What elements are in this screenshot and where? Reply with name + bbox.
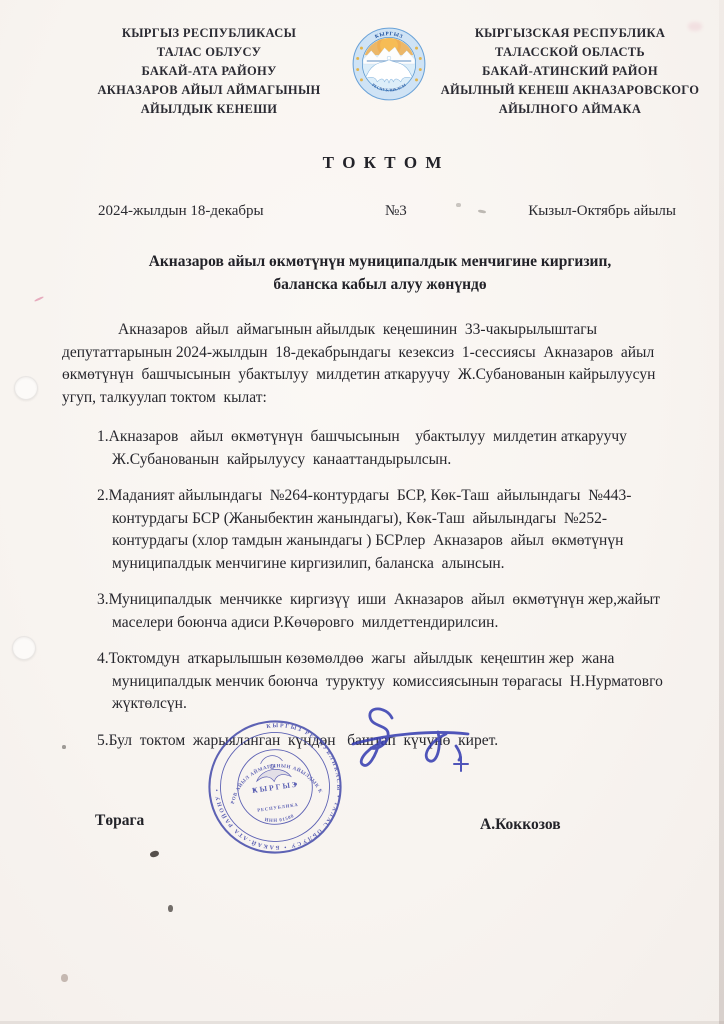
item-number: 2. bbox=[97, 487, 109, 504]
official-round-stamp: КЫРГЫЗ РЕСПУБЛИКАСЫ • ТАЛАС ОБЛУСУ • БАК… bbox=[206, 718, 344, 856]
letterhead: КЫРГЫЗ РЕСПУБЛИКАСЫ ТАЛАС ОБЛУСУ БАКАЙ-А… bbox=[0, 0, 724, 119]
signatory-role: Төрага bbox=[95, 812, 144, 830]
item-text: Маданият айылындагы №264-контурдагы БСР,… bbox=[109, 487, 632, 572]
letterhead-line: АКНАЗАРОВ АЙЫЛ АЙМАГЫНЫН bbox=[82, 81, 336, 100]
subject-line: Акназаров айыл өкмөтүнүн муниципалдык ме… bbox=[36, 250, 724, 273]
subject-line: баланска кабыл алуу жөнүндө bbox=[36, 273, 724, 296]
scan-speck bbox=[61, 974, 68, 982]
punch-hole bbox=[14, 376, 38, 400]
scan-speck bbox=[34, 296, 44, 302]
decree-item-1: 1.Акназаров айыл өкмөтүнүн башчысынын уб… bbox=[97, 426, 670, 471]
punch-hole bbox=[12, 636, 36, 660]
letterhead-line: АЙЫЛНОГО АЙМАКА bbox=[436, 100, 704, 119]
letterhead-line: КЫРГЫЗСКАЯ РЕСПУБЛИКА bbox=[436, 24, 704, 43]
stamp-center-text-2: РЕСПУБЛИКА bbox=[257, 803, 299, 814]
document-date: 2024-жылдын 18-декабры bbox=[98, 203, 264, 220]
letterhead-line: БАКАЙ-АТИНСКИЙ РАЙОН bbox=[436, 62, 704, 81]
subject-heading: Акназаров айыл өкмөтүнүн муниципалдык ме… bbox=[0, 250, 724, 296]
letterhead-line: БАКАЙ-АТА РАЙОНУ bbox=[82, 62, 336, 81]
scan-speck bbox=[62, 745, 66, 749]
signatory-name: А.Коккозов bbox=[480, 816, 561, 834]
kyrgyz-republic-emblem-icon: КЫРГЫЗ РЕСПУБЛИКАСЫ bbox=[352, 27, 426, 101]
scan-speck bbox=[688, 22, 702, 31]
intro-paragraph: Акназаров айыл аймагынын айылдык кеңешин… bbox=[62, 319, 660, 409]
letterhead-line: АЙЫЛНЫЙ КЕНЕШ АКНАЗАРОВСКОГО bbox=[436, 81, 704, 100]
stamp-center-text-1: КЫРГЫЗ bbox=[252, 780, 299, 795]
signature-block: Төрага А.Коккозов bbox=[0, 804, 724, 838]
scan-speck bbox=[149, 850, 159, 858]
scan-speck bbox=[168, 905, 173, 912]
handwritten-signature bbox=[348, 702, 476, 786]
document-title: Т О К Т О М bbox=[0, 153, 724, 173]
item-number: 3. bbox=[97, 591, 109, 608]
item-number: 5. bbox=[97, 732, 109, 749]
letterhead-line: КЫРГЫЗ РЕСПУБЛИКАСЫ bbox=[82, 24, 336, 43]
decree-item-2: 2.Маданият айылындагы №264-контурдагы БС… bbox=[97, 485, 670, 575]
scan-edge-shadow bbox=[719, 0, 724, 1024]
scan-speck bbox=[456, 203, 461, 207]
item-text: Муниципалдык менчикке киргизүү иши Акназ… bbox=[109, 591, 664, 631]
letterhead-line: АЙЫЛДЫК КЕНЕШИ bbox=[82, 100, 336, 119]
document-place: Кызыл-Октябрь айылы bbox=[528, 203, 676, 220]
letterhead-line: ТАЛАССКОЙ ОБЛАСТЬ bbox=[436, 43, 704, 62]
item-text: Акназаров айыл өкмөтүнүн башчысынын убак… bbox=[109, 428, 631, 468]
document-page: КЫРГЫЗ РЕСПУБЛИКАСЫ ТАЛАС ОБЛУСУ БАКАЙ-А… bbox=[0, 0, 724, 1024]
letterhead-russian: КЫРГЫЗСКАЯ РЕСПУБЛИКА ТАЛАССКОЙ ОБЛАСТЬ … bbox=[436, 24, 704, 119]
letterhead-kyrgyz: КЫРГЫЗ РЕСПУБЛИКАСЫ ТАЛАС ОБЛУСУ БАКАЙ-А… bbox=[82, 24, 336, 119]
item-number: 1. bbox=[97, 428, 109, 445]
item-number: 4. bbox=[97, 650, 109, 667]
decree-item-3: 3.Муниципалдык менчикке киргизүү иши Акн… bbox=[97, 589, 670, 634]
meta-row: 2024-жылдын 18-декабры №3 Кызыл-Октябрь … bbox=[0, 203, 724, 220]
document-number: №3 bbox=[385, 203, 407, 220]
letterhead-line: ТАЛАС ОБЛУСУ bbox=[82, 43, 336, 62]
